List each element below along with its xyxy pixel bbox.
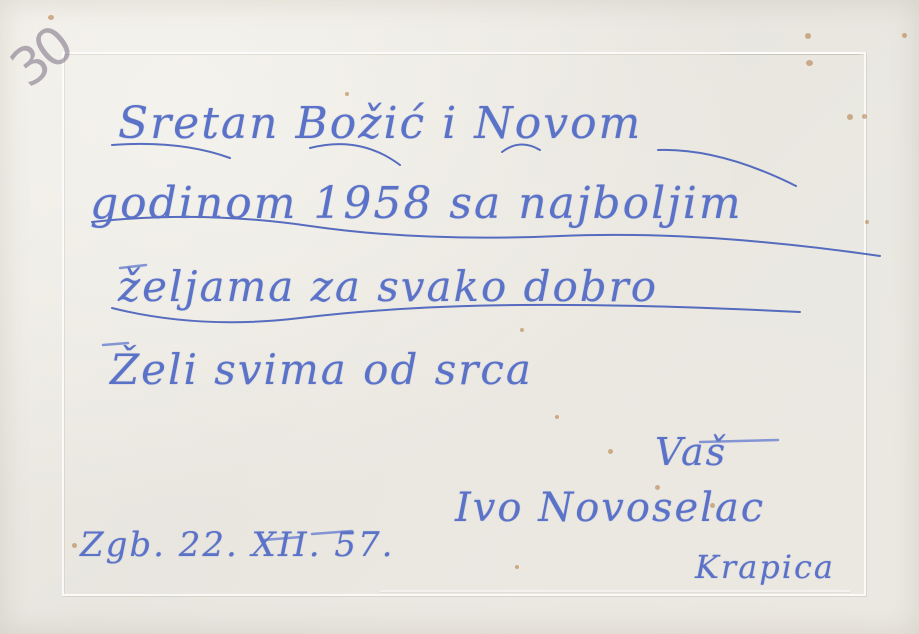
signature-name: Ivo Novoselac — [455, 485, 765, 531]
signature-place: Krapica — [695, 548, 835, 586]
greeting-card: 30 Sretan Božić i Novom godinom 1958 sa … — [0, 0, 919, 634]
greeting-line-1: Sretan Božić i Novom — [118, 98, 642, 149]
greeting-line-2: godinom 1958 sa najboljim — [90, 178, 743, 229]
closing-word: Vaš — [655, 430, 727, 474]
greeting-line-4: Želi svima od srca — [110, 345, 533, 394]
date-line: Zgb. 22. XII. 57. — [80, 525, 394, 565]
greeting-line-3: željama za svako dobro — [118, 262, 658, 311]
